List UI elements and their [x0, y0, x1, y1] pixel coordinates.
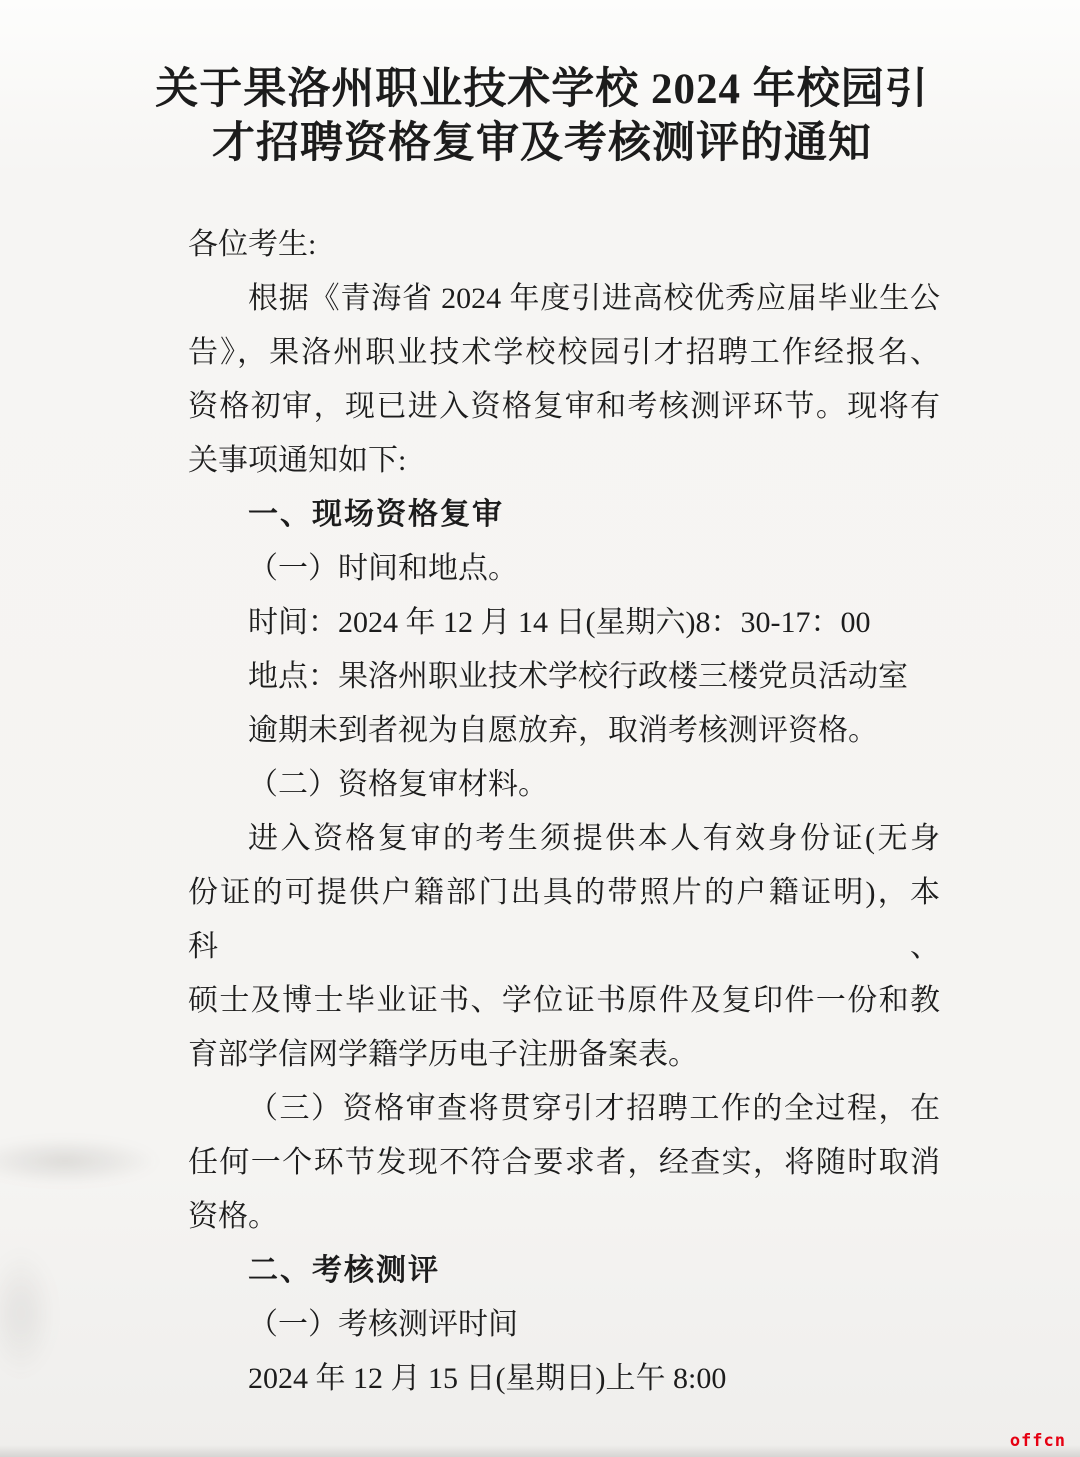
materials-line-4: 育部学信网学籍学历电子注册备案表。 — [188, 1028, 940, 1082]
document-page: 关于果洛州职业技术学校 2024 年校园引 才招聘资格复审及考核测评的通知 各位… — [0, 0, 1080, 1457]
offcn-watermark: offcn — [1010, 1431, 1066, 1451]
review-location-line: 地点：果洛州职业技术学校行政楼三楼党员活动室 — [248, 650, 940, 704]
document-body: 各位考生: 根据《青海省 2024 年度引进高校优秀应届毕业生公 告》，果洛州职… — [188, 218, 940, 1406]
paragraph-1-line-1: 根据《青海省 2024 年度引进高校优秀应届毕业生公 — [248, 272, 940, 326]
overdue-notice-line: 逾期未到者视为自愿放弃，取消考核测评资格。 — [248, 704, 940, 758]
materials-line-3: 硕士及博士毕业证书、学位证书原件及复印件一份和教 — [188, 974, 940, 1028]
paragraph-1-line-3: 资格初审，现已进入资格复审和考核测评环节。现将有 — [188, 380, 940, 434]
title-line-1: 关于果洛州职业技术学校 2024 年校园引 — [70, 63, 1014, 117]
review-time-line: 时间：2024 年 12 月 14 日(星期六)8：30-17：00 — [248, 596, 940, 650]
materials-line-2: 份证的可提供户籍部门出具的带照片的户籍证明)，本科、 — [188, 866, 940, 974]
scan-smudge — [0, 1138, 160, 1184]
section-1-sub-3-line-3: 资格。 — [188, 1190, 940, 1244]
document-title: 关于果洛州职业技术学校 2024 年校园引 才招聘资格复审及考核测评的通知 — [70, 63, 1014, 171]
scan-smudge — [0, 1248, 56, 1378]
section-1-sub-3-line-2: 任何一个环节发现不符合要求者，经查实，将随时取消 — [188, 1136, 940, 1190]
paragraph-1-line-4: 关事项通知如下: — [188, 434, 940, 488]
section-1-sub-2-heading: （二）资格复审材料。 — [248, 758, 940, 812]
assessment-time-line: 2024 年 12 月 15 日(星期日)上午 8:00 — [248, 1352, 940, 1406]
scan-edge-shadow — [0, 1445, 1080, 1457]
salutation: 各位考生: — [188, 218, 940, 272]
paragraph-1-line-2: 告》，果洛州职业技术学校校园引才招聘工作经报名、 — [188, 326, 940, 380]
section-2-sub-1-heading: （一）考核测评时间 — [248, 1298, 940, 1352]
section-1-sub-3-line-1: （三）资格审查将贯穿引才招聘工作的全过程，在 — [248, 1082, 940, 1136]
title-line-2: 才招聘资格复审及考核测评的通知 — [70, 117, 1014, 171]
section-1-sub-1-heading: （一）时间和地点。 — [248, 542, 940, 596]
section-2-heading: 二、考核测评 — [248, 1244, 940, 1298]
section-1-heading: 一、现场资格复审 — [248, 488, 940, 542]
materials-line-1: 进入资格复审的考生须提供本人有效身份证(无身 — [248, 812, 940, 866]
